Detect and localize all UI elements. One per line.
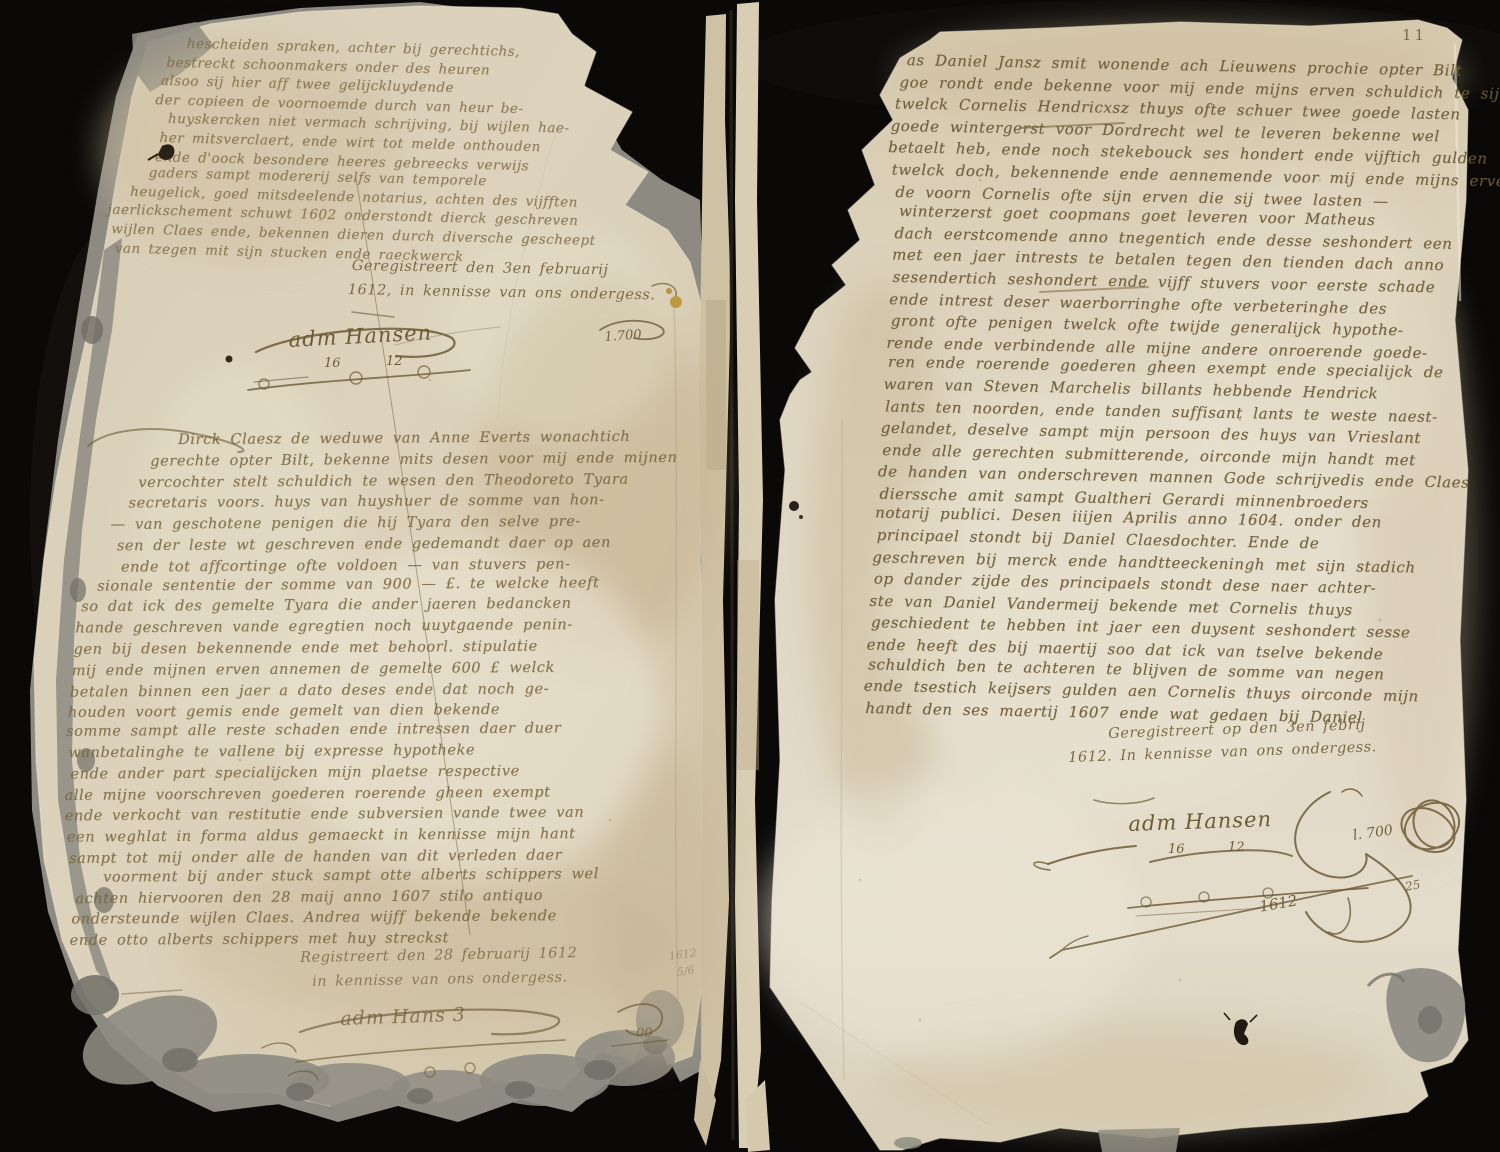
right-flourish-number: 25	[1404, 877, 1421, 893]
left-text-block-2: Dirck Claesz de weduwe van Anne Everts w…	[50, 427, 714, 952]
right-signature-year-16: 16	[1168, 842, 1185, 857]
left-marginal-fragment-2: 5/6	[676, 964, 695, 979]
left-paraph-amount: 1.700	[604, 327, 642, 345]
left-text-block-1: hescheiden spraken, achter bij gerechtic…	[107, 34, 657, 270]
right-signature-year-12: 12	[1228, 840, 1245, 855]
left-signature-year-16: 16	[324, 356, 341, 371]
manuscript-scan: hescheiden spraken, achter bij gerechtic…	[0, 0, 1500, 1152]
right-text-block: as Daniel Jansz smit wonende ach Lieuwen…	[839, 50, 1467, 731]
left-bottom-signature-name: adm Hans 3	[340, 1004, 466, 1030]
left-bottom-paraph-amount: 00	[636, 1026, 653, 1041]
page-number: 11	[1402, 26, 1427, 44]
right-signature-name: adm Hansen	[1128, 807, 1272, 836]
left-signature-year-12: 12	[386, 354, 403, 369]
